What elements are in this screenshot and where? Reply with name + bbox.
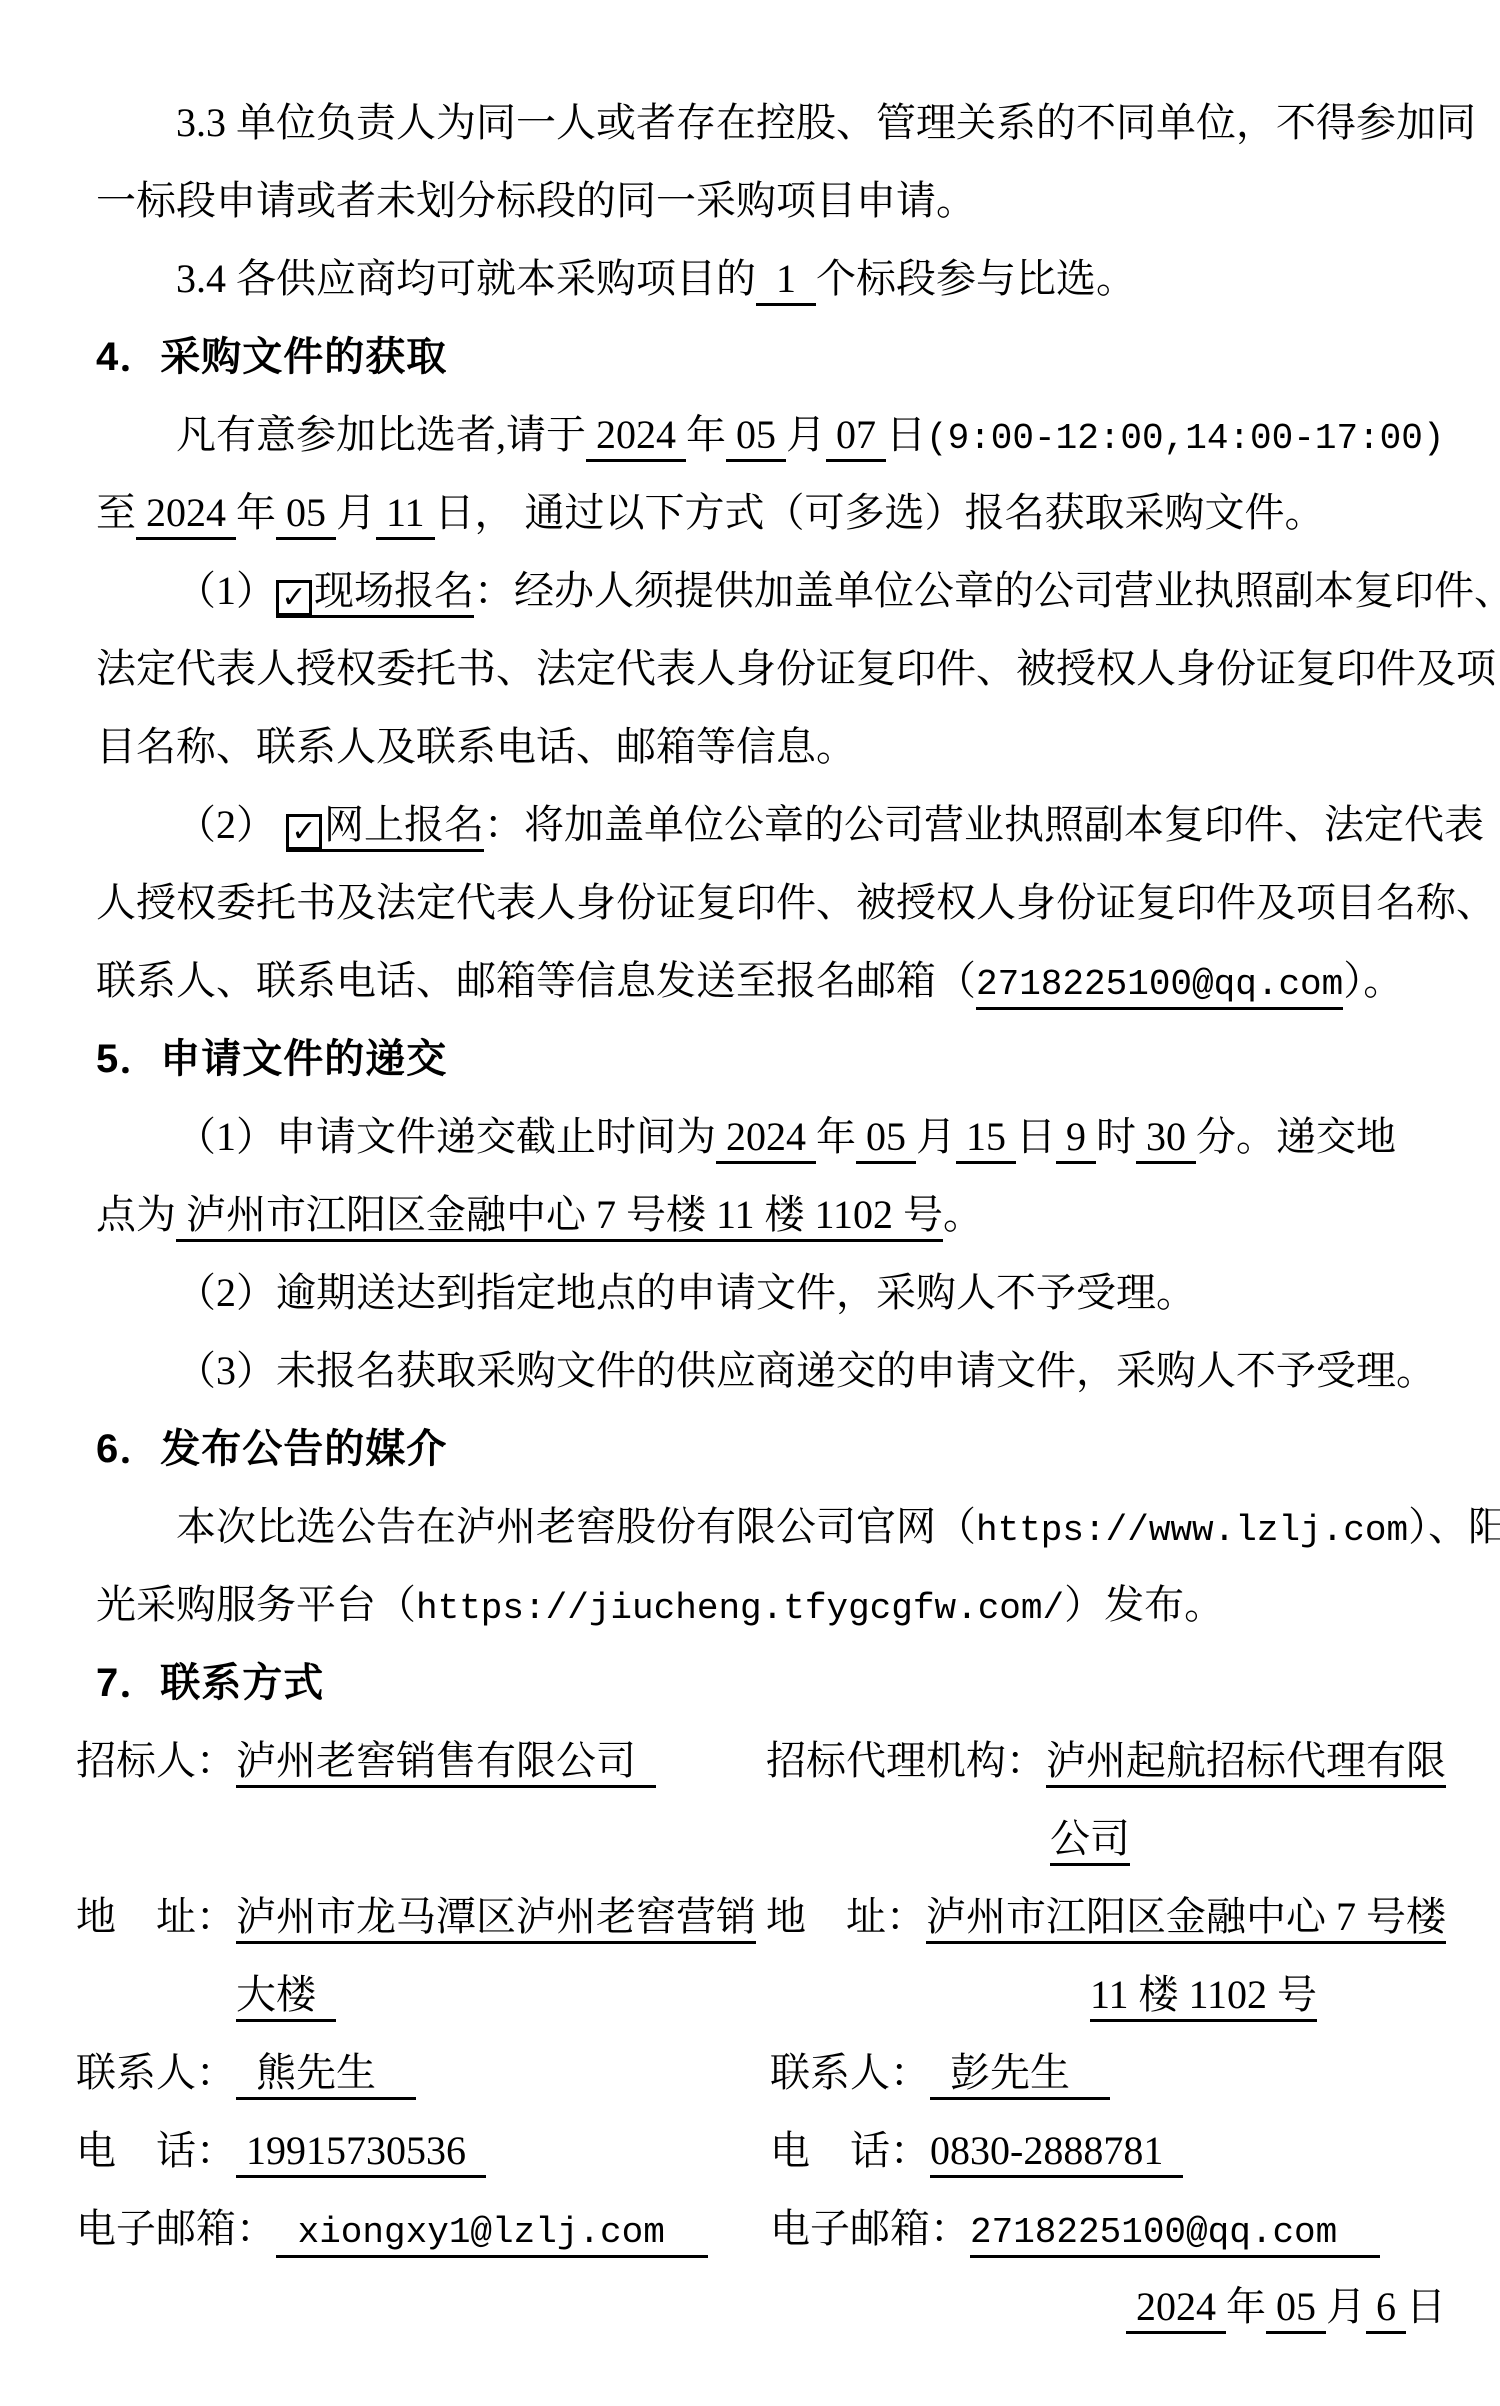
filled-blank-day-end: 11 bbox=[376, 490, 435, 540]
document-page: 3.3 单位负责人为同一人或者存在控股、管理关系的不同单位，不得参加同 一标段申… bbox=[0, 0, 1500, 2346]
year-char: 年 bbox=[1226, 2284, 1266, 2329]
agency-person-line: 联系人： 彭先生 bbox=[770, 2034, 1446, 2112]
para-online-line-2: 人授权委托书及法定代表人身份证复印件、被授权人身份证复印件及项目名称、 bbox=[96, 864, 1446, 942]
contact-row-names: 招标人：泸州老窖销售有限公司 招标代理机构：泸州起航招标代理有限 bbox=[76, 1722, 1446, 1800]
heading-section-6: 6．发布公告的媒介 bbox=[96, 1410, 1446, 1488]
agency-contact-person: 彭先生 bbox=[930, 2050, 1110, 2100]
agency-address: 泸州市江阳区金融中心 7 号楼 bbox=[926, 1894, 1446, 1944]
obtain-text-1: 凡有意参加比选者,请于 bbox=[176, 412, 586, 457]
deadline-text-3: 点为 bbox=[96, 1192, 176, 1237]
clause-3-3-line-1: 3.3 单位负责人为同一人或者存在控股、管理关系的不同单位，不得参加同 bbox=[96, 84, 1446, 162]
para-onsite-line-2: 法定代表人授权委托书、法定代表人身份证复印件、被授权人身份证复印件及项 bbox=[96, 630, 1446, 708]
bidder-address: 泸州市龙马潭区泸州老窖营销 bbox=[236, 1894, 756, 1944]
address-label: 地 址： bbox=[766, 1894, 926, 1939]
para-late-delivery: （2）逾期送达到指定地点的申请文件，采购人不予受理。 bbox=[96, 1254, 1446, 1332]
month-char: 月 bbox=[336, 490, 376, 535]
filled-blank-deadline-day: 15 bbox=[956, 1114, 1016, 1164]
para-deadline-line-1: （1）申请文件递交截止时间为 2024 年 05 月 15 日 9 时 30 分… bbox=[96, 1098, 1446, 1176]
agency-email: 2718225100@qq.com bbox=[970, 2212, 1380, 2258]
official-site-url: https://www.lzlj.com bbox=[976, 1510, 1408, 1551]
para-obtain-line-2: 至 2024 年 05 月 11 日， 通过以下方式（可多选）报名获取采购文件。 bbox=[96, 474, 1446, 552]
heading-section-4: 4．采购文件的获取 bbox=[96, 318, 1446, 396]
heading-section-5: 5．申请文件的递交 bbox=[96, 1020, 1446, 1098]
procurement-platform-url: https://jiucheng.tfygcgfw.com/ bbox=[416, 1588, 1064, 1629]
deadline-text-2: 分。递交地 bbox=[1196, 1114, 1396, 1159]
onsite-number: （1） bbox=[176, 568, 276, 613]
onsite-label: 现场报名 bbox=[314, 568, 474, 613]
clause-3-4-text: 3.4 各供应商均可就本采购项目的 bbox=[176, 256, 756, 301]
clause-3-3-line-2: 一标段申请或者未划分标段的同一采购项目申请。 bbox=[96, 162, 1446, 240]
para-obtain-line-1: 凡有意参加比选者,请于 2024 年 05 月 07 日(9:00-12:00,… bbox=[96, 396, 1446, 474]
bidder-phone: 19915730536 bbox=[236, 2128, 486, 2178]
checked-checkbox-icon: ✓ bbox=[286, 814, 322, 850]
obtain-text-2: 至 bbox=[96, 490, 136, 535]
filled-blank-year-end: 2024 bbox=[136, 490, 236, 540]
person-label: 联系人： bbox=[76, 2050, 236, 2095]
agency-address-line: 地 址：泸州市江阳区金融中心 7 号楼 bbox=[766, 1878, 1446, 1956]
month-char: 月 bbox=[1326, 2284, 1366, 2329]
clause-3-4-text-after: 个标段参与比选。 bbox=[816, 256, 1136, 301]
heading-section-7: 7．联系方式 bbox=[96, 1644, 1446, 1722]
onsite-text: ：经办人须提供加盖单位公章的公司营业执照副本复印件、 bbox=[474, 568, 1500, 613]
agency-label: 招标代理机构： bbox=[766, 1738, 1046, 1783]
para-unregistered: （3）未报名获取采购文件的供应商递交的申请文件，采购人不予受理。 bbox=[96, 1332, 1446, 1410]
day-char: 日 bbox=[886, 412, 926, 457]
agency-phone: 0830-2888781 bbox=[930, 2128, 1183, 2178]
contact-row-address-wrap: 大楼 11 楼 1102 号 bbox=[76, 1956, 1446, 2034]
para-onsite-line-1: （1）✓现场报名：经办人须提供加盖单位公章的公司营业执照副本复印件、 bbox=[96, 552, 1446, 630]
contact-row-address: 地 址：泸州市龙马潭区泸州老窖营销 地 址：泸州市江阳区金融中心 7 号楼 bbox=[76, 1878, 1446, 1956]
checked-checkbox-icon: ✓ bbox=[276, 580, 312, 616]
agency-address-continued: 11 楼 1102 号 bbox=[1090, 1972, 1317, 2022]
filled-blank-lot-count: 1 bbox=[756, 256, 816, 306]
filled-blank-day-start: 07 bbox=[826, 412, 886, 462]
heading-section-6-text: 6．发布公告的媒介 bbox=[96, 1427, 447, 1471]
office-hours: (9:00-12:00,14:00-17:00) bbox=[926, 418, 1444, 459]
agency-name-line: 招标代理机构：泸州起航招标代理有限 bbox=[766, 1722, 1446, 1800]
contact-row-email: 电子邮箱： xiongxy1@lzlj.com 电子邮箱：2718225100@… bbox=[76, 2190, 1446, 2268]
para-media-line-2: 光采购服务平台（https://jiucheng.tfygcgfw.com/）发… bbox=[96, 1566, 1446, 1644]
clause-3-3-text-2: 一标段申请或者未划分标段的同一采购项目申请。 bbox=[96, 178, 976, 223]
unregistered-text: （3）未报名获取采购文件的供应商递交的申请文件，采购人不予受理。 bbox=[176, 1348, 1436, 1393]
obtain-text-3: 日， 通过以下方式（可多选）报名获取采购文件。 bbox=[435, 490, 1325, 535]
email-label: 电子邮箱： bbox=[770, 2206, 970, 2251]
heading-section-4-text: 4．采购文件的获取 bbox=[96, 335, 447, 379]
bidder-person-line: 联系人： 熊先生 bbox=[76, 2034, 770, 2112]
email-label: 电子邮箱： bbox=[76, 2206, 276, 2251]
phone-label: 电 话： bbox=[76, 2128, 236, 2173]
filled-blank-deadline-year: 2024 bbox=[716, 1114, 816, 1164]
agency-phone-line: 电 话：0830-2888781 bbox=[770, 2112, 1446, 2190]
media-text-4: ）发布。 bbox=[1064, 1582, 1224, 1627]
contact-row-person: 联系人： 熊先生 联系人： 彭先生 bbox=[76, 2034, 1446, 2112]
person-label: 联系人： bbox=[770, 2050, 930, 2095]
online-label: 网上报名 bbox=[324, 802, 484, 847]
phone-label: 电 话： bbox=[770, 2128, 930, 2173]
online-text-3: 联系人、联系电话、邮箱等信息发送至报名邮箱（ bbox=[96, 958, 976, 1003]
bidder-name-wrap bbox=[76, 1800, 770, 1878]
deadline-text-1: （1）申请文件递交截止时间为 bbox=[176, 1114, 716, 1159]
agency-name-wrap: 公司 bbox=[770, 1800, 1446, 1878]
clause-3-4-line: 3.4 各供应商均可就本采购项目的 1 个标段参与比选。 bbox=[96, 240, 1446, 318]
agency-address-wrap: 11 楼 1102 号 bbox=[930, 1956, 1446, 2034]
filled-blank-deadline-minute: 30 bbox=[1136, 1114, 1196, 1164]
bidder-name: 泸州老窖销售有限公司 bbox=[236, 1738, 656, 1788]
bidder-address-line: 地 址：泸州市龙马潭区泸州老窖营销 bbox=[76, 1878, 766, 1956]
para-media-line-1: 本次比选公告在泸州老窖股份有限公司官网（https://www.lzlj.com… bbox=[96, 1488, 1446, 1566]
bidder-email-line: 电子邮箱： xiongxy1@lzlj.com bbox=[76, 2190, 770, 2268]
para-deadline-line-2: 点为 泸州市江阳区金融中心 7 号楼 11 楼 1102 号。 bbox=[96, 1176, 1446, 1254]
late-delivery-text: （2）逾期送达到指定地点的申请文件，采购人不予受理。 bbox=[176, 1270, 1196, 1315]
filled-blank-delivery-address: 泸州市江阳区金融中心 7 号楼 11 楼 1102 号 bbox=[176, 1192, 943, 1242]
heading-section-7-text: 7．联系方式 bbox=[96, 1661, 324, 1705]
month-char: 月 bbox=[916, 1114, 956, 1159]
hour-char: 时 bbox=[1096, 1114, 1136, 1159]
filled-blank-month-end: 05 bbox=[276, 490, 336, 540]
agency-name-continued: 公司 bbox=[1050, 1816, 1130, 1866]
heading-section-5-text: 5．申请文件的递交 bbox=[96, 1037, 447, 1081]
contact-row-name-wrap: 公司 bbox=[76, 1800, 1446, 1878]
announcement-date: 2024 年 05 月 6 日 bbox=[96, 2268, 1446, 2346]
deadline-text-4: 。 bbox=[943, 1192, 983, 1237]
registration-email: 2718225100@qq.com bbox=[976, 964, 1343, 1010]
bidder-address-continued: 大楼 bbox=[236, 1972, 336, 2022]
year-char: 年 bbox=[236, 490, 276, 535]
day-char: 日 bbox=[1406, 2284, 1446, 2329]
agency-email-line: 电子邮箱：2718225100@qq.com bbox=[770, 2190, 1446, 2268]
year-char: 年 bbox=[816, 1114, 856, 1159]
address-label: 地 址： bbox=[76, 1894, 236, 1939]
filled-blank-year-start: 2024 bbox=[586, 412, 686, 462]
filled-blank-month-start: 05 bbox=[726, 412, 786, 462]
bidder-label: 招标人： bbox=[76, 1738, 236, 1783]
clause-3-3-text-1: 3.3 单位负责人为同一人或者存在控股、管理关系的不同单位，不得参加同 bbox=[176, 100, 1476, 145]
filled-blank-deadline-month: 05 bbox=[856, 1114, 916, 1164]
para-onsite-line-3: 目名称、联系人及联系电话、邮箱等信息。 bbox=[96, 708, 1446, 786]
media-text-3: 光采购服务平台（ bbox=[96, 1582, 416, 1627]
contact-row-phone: 电 话： 19915730536 电 话：0830-2888781 bbox=[76, 2112, 1446, 2190]
bidder-email: xiongxy1@lzlj.com bbox=[276, 2212, 708, 2258]
onsite-text-2: 法定代表人授权委托书、法定代表人身份证复印件、被授权人身份证复印件及项 bbox=[96, 646, 1496, 691]
day-char: 日 bbox=[1016, 1114, 1056, 1159]
filled-blank-deadline-hour: 9 bbox=[1056, 1114, 1096, 1164]
media-text-2: ）、阳 bbox=[1408, 1504, 1500, 1549]
online-number: （2） bbox=[176, 802, 286, 847]
filled-blank-footer-day: 6 bbox=[1366, 2284, 1406, 2334]
agency-name: 泸州起航招标代理有限 bbox=[1046, 1738, 1446, 1788]
bidder-contact-person: 熊先生 bbox=[236, 2050, 416, 2100]
month-char: 月 bbox=[786, 412, 826, 457]
online-text-4: ）。 bbox=[1343, 958, 1403, 1003]
contact-block: 招标人：泸州老窖销售有限公司 招标代理机构：泸州起航招标代理有限 公司 地 址：… bbox=[76, 1722, 1446, 2268]
year-char: 年 bbox=[686, 412, 726, 457]
online-text-2: 人授权委托书及法定代表人身份证复印件、被授权人身份证复印件及项目名称、 bbox=[96, 880, 1496, 925]
online-option: ✓网上报名 bbox=[286, 802, 484, 852]
bidder-name-line: 招标人：泸州老窖销售有限公司 bbox=[76, 1722, 766, 1800]
para-online-line-3: 联系人、联系电话、邮箱等信息发送至报名邮箱（2718225100@qq.com）… bbox=[96, 942, 1446, 1020]
para-online-line-1: （2） ✓网上报名：将加盖单位公章的公司营业执照副本复印件、法定代表 bbox=[96, 786, 1446, 864]
onsite-option: ✓现场报名 bbox=[276, 568, 474, 618]
onsite-text-3: 目名称、联系人及联系电话、邮箱等信息。 bbox=[96, 724, 856, 769]
online-text: ：将加盖单位公章的公司营业执照副本复印件、法定代表 bbox=[484, 802, 1484, 847]
filled-blank-footer-year: 2024 bbox=[1126, 2284, 1226, 2334]
filled-blank-footer-month: 05 bbox=[1266, 2284, 1326, 2334]
bidder-address-wrap: 大楼 bbox=[76, 1956, 930, 2034]
bidder-phone-line: 电 话： 19915730536 bbox=[76, 2112, 770, 2190]
media-text-1: 本次比选公告在泸州老窖股份有限公司官网（ bbox=[176, 1504, 976, 1549]
